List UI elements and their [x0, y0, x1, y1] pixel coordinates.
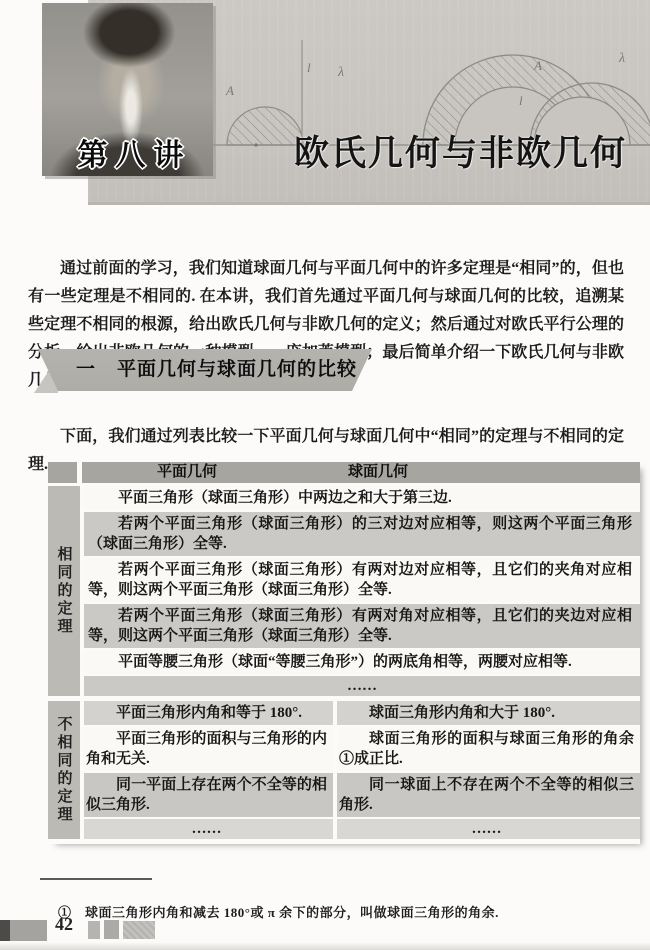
plane-cell: 平面三角形的面积与三角形的内角和无关.: [84, 727, 333, 771]
table-row: 平面三角形的面积与三角形的内角和无关. 球面三角形的面积与球面三角形的角余①成正…: [84, 727, 640, 771]
table-row-ellipsis: …… ……: [84, 819, 640, 839]
table-row: 若两个平面三角形（球面三角形）有两对边对应相等，且它们的夹角对应相等，则这两个平…: [84, 558, 640, 602]
table-row: 平面三角形内角和等于 180°. 球面三角形内角和大于 180°.: [84, 701, 640, 725]
footer-deco-block: [104, 920, 119, 939]
portrait-photo: 第八讲: [42, 3, 213, 176]
page-number: 42: [55, 914, 73, 935]
table-header-corner: [48, 462, 77, 483]
label-left-a: A: [225, 83, 234, 98]
footer-deco-block: [123, 921, 155, 939]
section-title: 平面几何与球面几何的比较: [117, 359, 357, 380]
table-row: 若两个平面三角形（球面三角形）的三对边对应相等，则这两个平面三角形（球面三角形）…: [84, 512, 640, 556]
sphere-cell: 球面三角形内角和大于 180°.: [337, 701, 640, 725]
diff-theorems-rows: 平面三角形内角和等于 180°. 球面三角形内角和大于 180°. 平面三角形的…: [84, 701, 640, 839]
sphere-cell: 同一球面上不存在两个不全等的相似三角形.: [337, 773, 640, 817]
footer-gray-block: [10, 920, 47, 941]
base-point: [254, 143, 257, 146]
page-title: 欧氏几何与非欧几何: [294, 126, 627, 176]
diff-theorems-label: 不相同的定理: [48, 701, 80, 839]
plane-cell: 平面三角形内角和等于 180°.: [84, 701, 333, 725]
plane-cell: 同一平面上存在两个不全等的相似三角形.: [84, 773, 333, 817]
footnote-text: ① 球面三角形内角和减去 180°或 π 余下的部分，叫做球面三角形的角余.: [58, 902, 618, 921]
same-theorems-rows: 平面三角形（球面三角形）中两边之和大于第三边. 若两个平面三角形（球面三角形）的…: [84, 486, 640, 696]
label-right-l: l: [519, 93, 523, 108]
table-header-band: 平面几何 球面几何: [82, 462, 640, 483]
column-header-plane: 平面几何: [157, 462, 217, 483]
table-row-ellipsis: ……: [84, 676, 640, 696]
lecture-label: 第八讲: [77, 130, 191, 174]
label-left-l: l: [307, 60, 311, 75]
comparison-table: 平面几何 球面几何 相同的定理 平面三角形（球面三角形）中两边之和大于第三边. …: [48, 462, 640, 844]
section-number: 一: [76, 359, 95, 380]
label-right-a: A: [533, 58, 542, 73]
footer-deco-block: [88, 921, 100, 939]
column-header-sphere: 球面几何: [348, 462, 408, 483]
table-row: 同一平面上存在两个不全等的相似三角形. 同一球面上不存在两个不全等的相似三角形.: [84, 773, 640, 817]
table-row: 平面等腰三角形（球面“等腰三角形”）的两底角相等，两腰对应相等.: [84, 650, 640, 674]
page-bottom-edge: [0, 942, 650, 950]
same-theorems-label: 相同的定理: [48, 486, 80, 696]
plane-cell: ……: [84, 819, 333, 839]
label-left-lambda: λ: [337, 65, 344, 80]
section-heading-banner: 一平面几何与球面几何的比较: [38, 349, 372, 391]
footer-edge-block: [0, 920, 10, 941]
diff-theorems-section: 不相同的定理 平面三角形内角和等于 180°. 球面三角形内角和大于 180°.…: [48, 701, 640, 839]
table-row: 平面三角形（球面三角形）中两边之和大于第三边.: [84, 486, 640, 510]
sphere-cell: ……: [337, 819, 640, 839]
table-header-row: 平面几何 球面几何: [48, 462, 640, 483]
footnote-divider: [40, 878, 152, 880]
table-row: 若两个平面三角形（球面三角形）有两对角对应相等，且它们的夹边对应相等，则这两个平…: [84, 604, 640, 648]
left-hatched-semicircle: [227, 107, 303, 145]
same-theorems-section: 相同的定理 平面三角形（球面三角形）中两边之和大于第三边. 若两个平面三角形（球…: [48, 486, 640, 696]
label-right-lambda: λ: [618, 51, 625, 66]
sphere-cell: 球面三角形的面积与球面三角形的角余①成正比.: [337, 727, 640, 771]
